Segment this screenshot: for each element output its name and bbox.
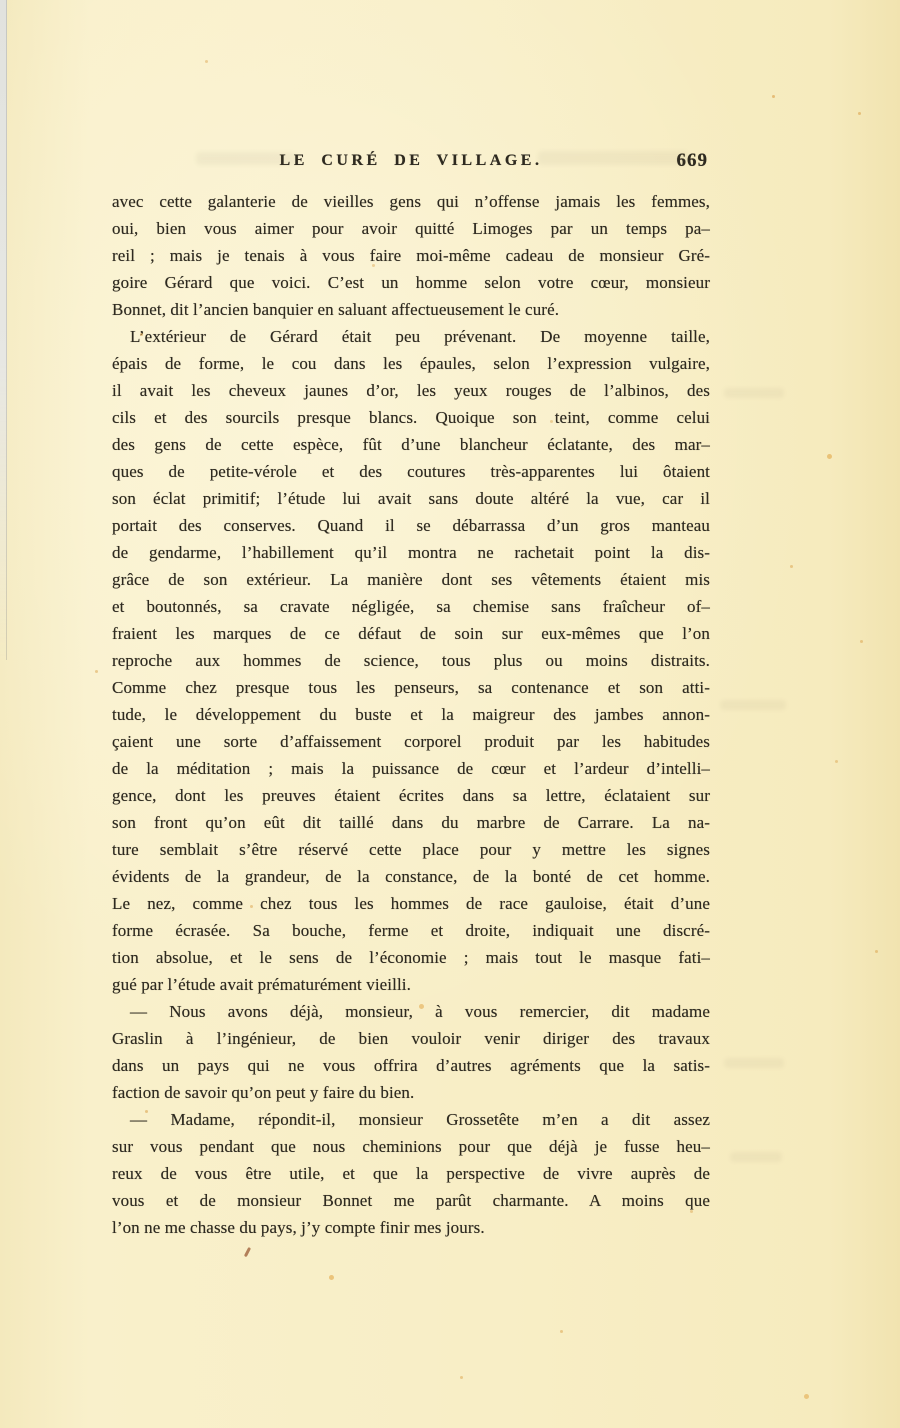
page-content: LE CURÉ DE VILLAGE. 669 avec cette galan… [112, 150, 710, 1241]
text-line: il avait les cheveux jaunes d’or, les ye… [112, 377, 710, 404]
bleed-through-ghost [724, 388, 784, 398]
text-line: tude, le développement du buste et la ma… [112, 701, 710, 728]
text-line: reproche aux hommes de science, tous plu… [112, 647, 710, 674]
text-line: tion absolue, et le sens de l’économie ;… [112, 944, 710, 971]
text-line: évidents de la grandeur, de la constance… [112, 863, 710, 890]
text-line: et boutonnés, sa cravate négligée, sa ch… [112, 593, 710, 620]
text-line: ture semblait s’être réservé cette place… [112, 836, 710, 863]
text-line: — Madame, répondit-il, monsieur Grossetê… [112, 1106, 710, 1133]
page-number: 669 [677, 150, 709, 172]
bleed-through-ghost [730, 1152, 782, 1162]
text-line: faction de savoir qu’on peut y faire du … [112, 1079, 710, 1106]
bleed-through-ghost [720, 700, 786, 710]
text-line: son front qu’on eût dit taillé dans du m… [112, 809, 710, 836]
running-header: LE CURÉ DE VILLAGE. 669 [112, 150, 710, 188]
text-line: dans un pays qui ne vous offrira d’autre… [112, 1052, 710, 1079]
text-line: son éclat primitif; l’étude lui avait sa… [112, 485, 710, 512]
text-line: sur vous pendant que nous cheminions pou… [112, 1133, 710, 1160]
text-line: Bonnet, dit l’ancien banquier en saluant… [112, 296, 710, 323]
text-line: gué par l’étude avait prématurément viei… [112, 971, 710, 998]
running-header-title: LE CURÉ DE VILLAGE. [112, 150, 710, 172]
text-line: grâce de son extérieur. La manière dont … [112, 566, 710, 593]
text-line: reil ; mais je tenais à vous faire moi-m… [112, 242, 710, 269]
text-line: gence, dont les preuves étaient écrites … [112, 782, 710, 809]
text-line: portait des conserves. Quand il se débar… [112, 512, 710, 539]
book-page-scan: LE CURÉ DE VILLAGE. 669 avec cette galan… [0, 0, 900, 1428]
text-line: des gens de cette espèce, fût d’une blan… [112, 431, 710, 458]
text-line: oui, bien vous aimer pour avoir quitté L… [112, 215, 710, 242]
text-line: goire Gérard que voici. C’est un homme s… [112, 269, 710, 296]
pen-mark [244, 1247, 251, 1257]
text-line: forme écrasée. Sa bouche, ferme et droit… [112, 917, 710, 944]
text-line: avec cette galanterie de vieilles gens q… [112, 188, 710, 215]
text-line: reux de vous être utile, et que la persp… [112, 1160, 710, 1187]
paper-speckles [772, 95, 775, 98]
text-line: çaient une sorte d’affaissement corporel… [112, 728, 710, 755]
text-line: fraient les marques de ce défaut de soin… [112, 620, 710, 647]
text-line: L’extérieur de Gérard était peu prévenan… [112, 323, 710, 350]
text-line: ques de petite-vérole et des coutures tr… [112, 458, 710, 485]
scanner-edge-strip [0, 0, 7, 660]
bleed-through-ghost [724, 1058, 784, 1068]
text-line: l’on ne me chasse du pays, j’y compte fi… [112, 1214, 710, 1241]
text-line: cils et des sourcils presque blancs. Quo… [112, 404, 710, 431]
text-line: de la méditation ; mais la puissance de … [112, 755, 710, 782]
page-body: avec cette galanterie de vieilles gens q… [112, 188, 710, 1241]
text-line: Comme chez presque tous les penseurs, sa… [112, 674, 710, 701]
text-line: de gendarme, l’habillement qu’il montra … [112, 539, 710, 566]
text-line: — Nous avons déjà, monsieur, à vous reme… [112, 998, 710, 1025]
text-line: vous et de monsieur Bonnet me parût char… [112, 1187, 710, 1214]
text-line: épais de forme, le cou dans les épaules,… [112, 350, 710, 377]
text-line: Graslin à l’ingénieur, de bien vouloir v… [112, 1025, 710, 1052]
text-line: Le nez, comme chez tous les hommes de ra… [112, 890, 710, 917]
